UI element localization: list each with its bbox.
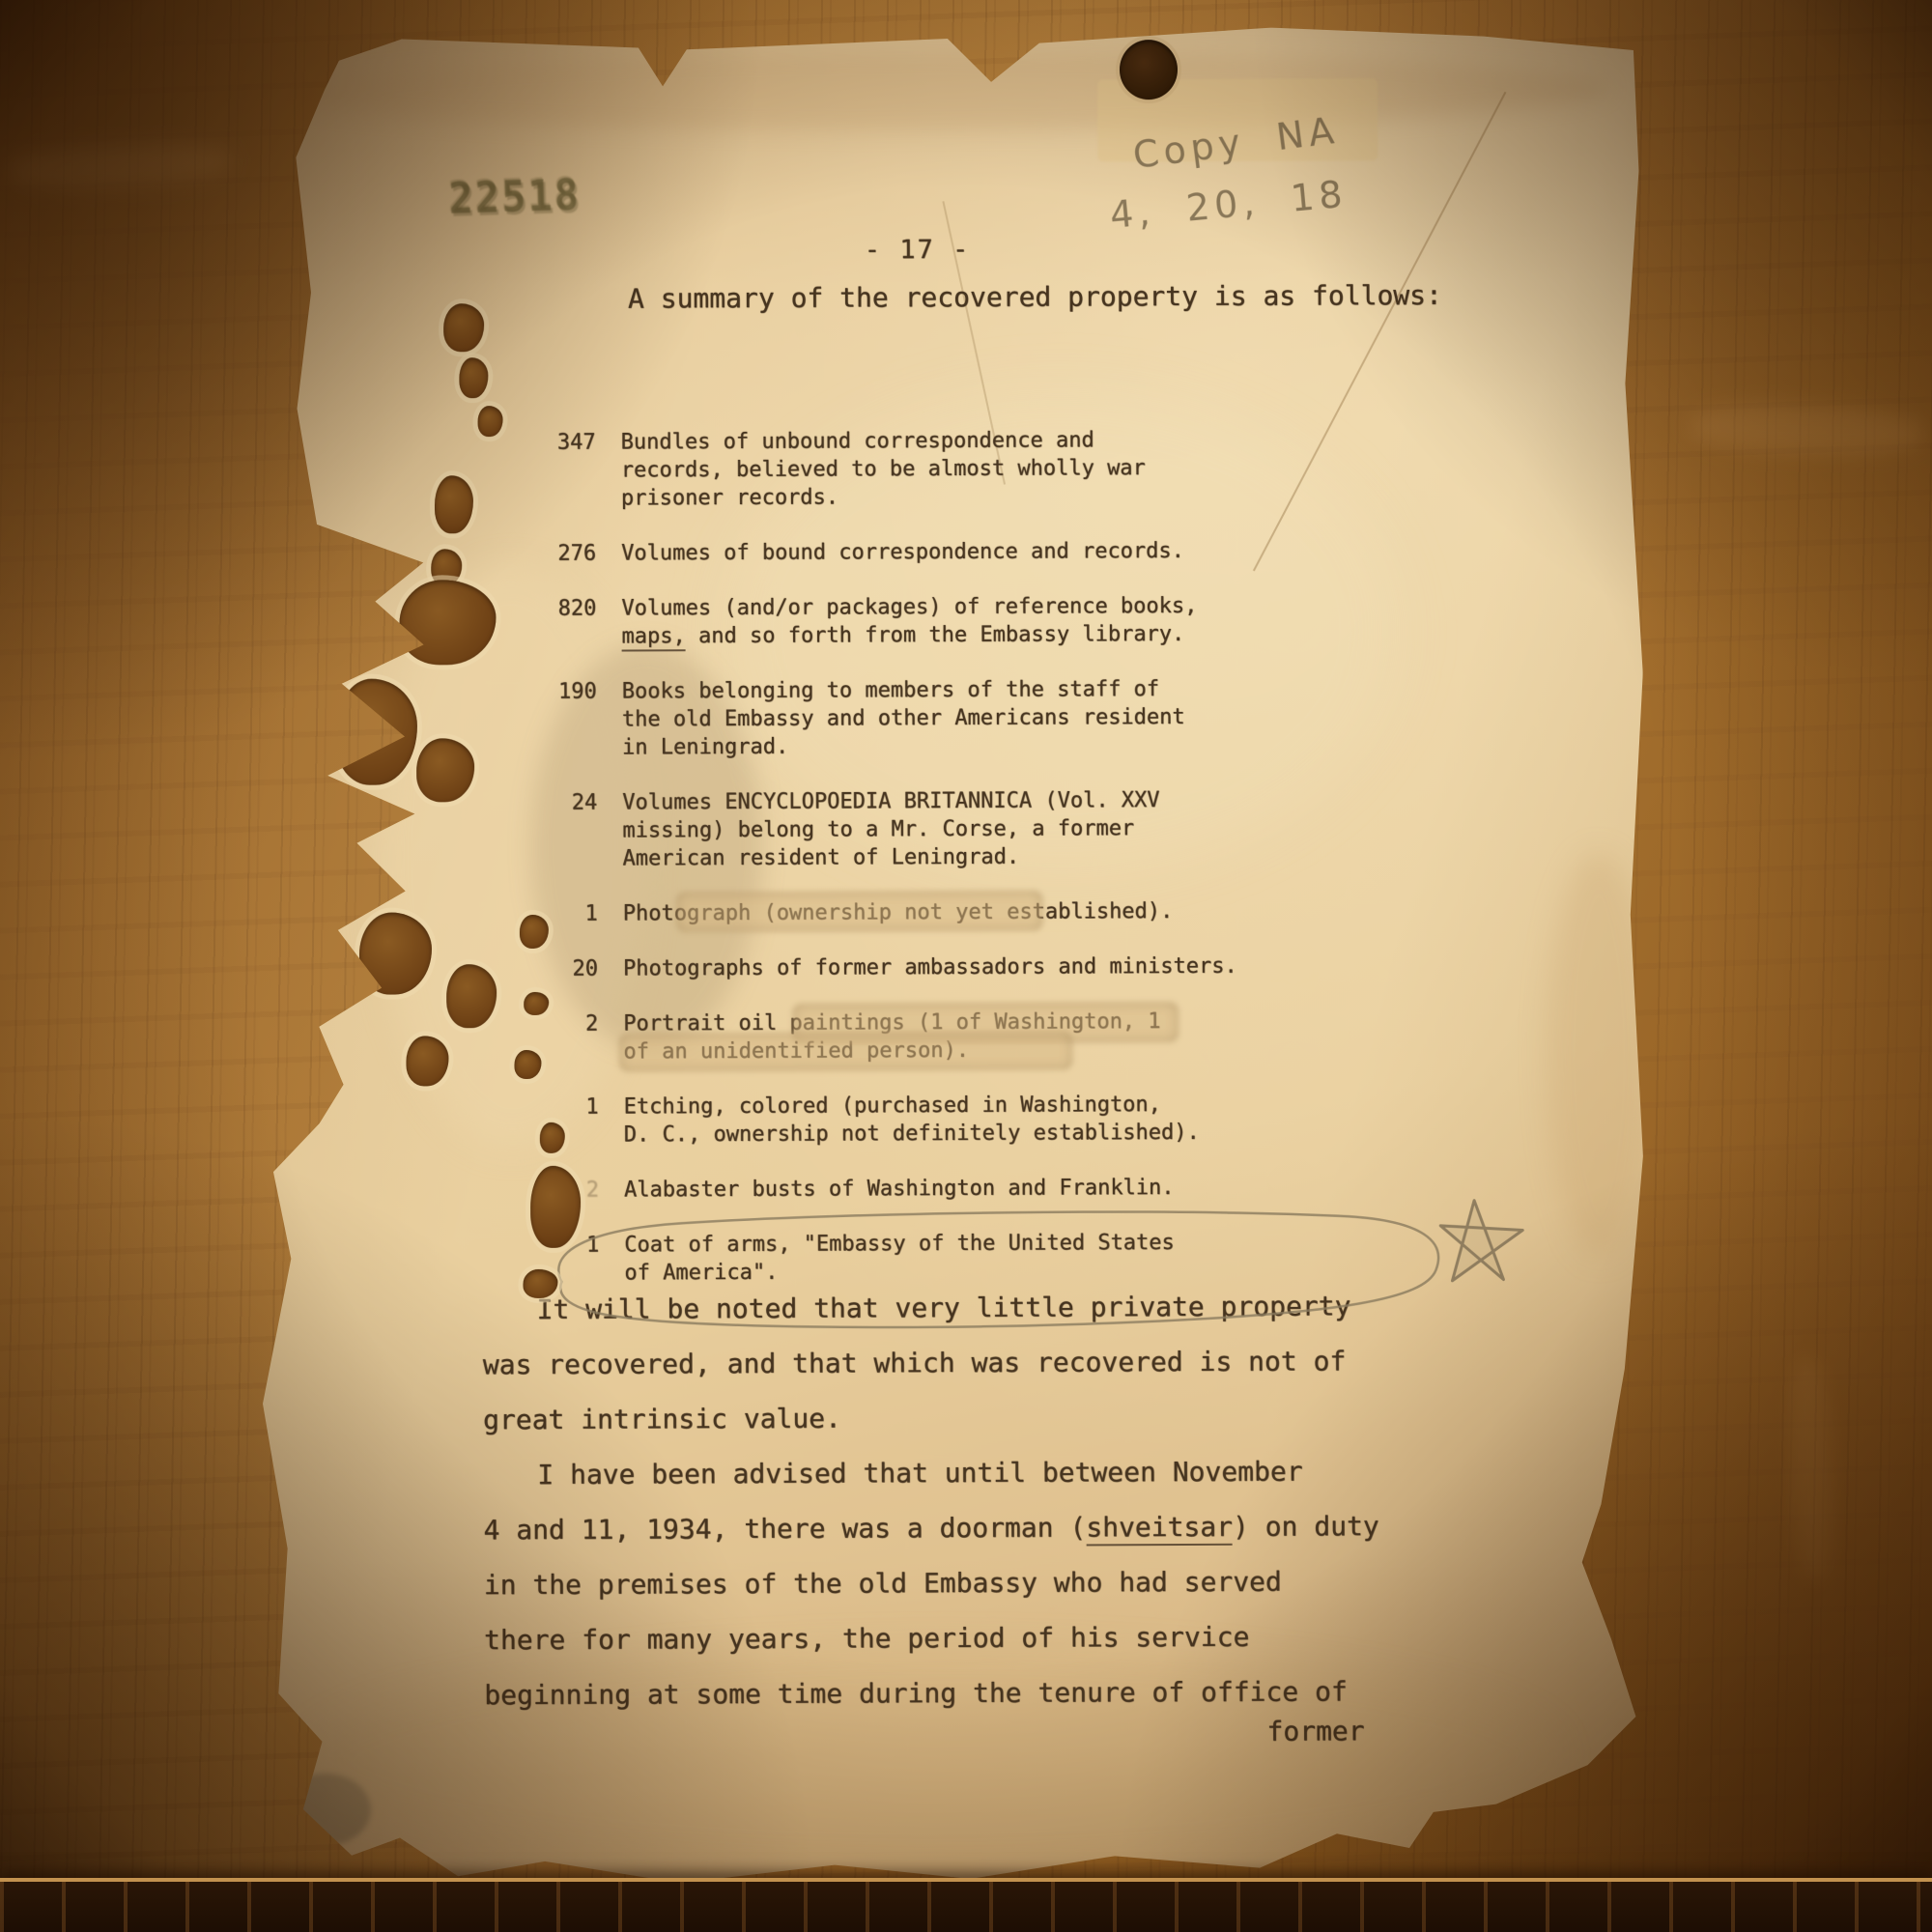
wood-plank-edge bbox=[0, 1878, 1932, 1932]
text-segment: Portrait oil paintings (1 of Washington,… bbox=[623, 1009, 1160, 1036]
typewritten-text-layer: 22518 Copy NA 4, 20, 18 - 17 - A summary… bbox=[238, 21, 1685, 1896]
item-text-line: in Leningrad. bbox=[622, 731, 1185, 762]
item-text-line: American resident of Leningrad. bbox=[622, 842, 1159, 872]
wood-grain-streak bbox=[9, 139, 233, 193]
list-item: 347Bundles of unbound correspondence and… bbox=[554, 425, 1442, 513]
text-segment: ) on duty bbox=[1233, 1510, 1379, 1543]
list-item: 276Volumes of bound correspondence and r… bbox=[554, 536, 1442, 568]
item-text: Etching, colored (purchased in Washingto… bbox=[624, 1091, 1200, 1150]
item-text-line: Etching, colored (purchased in Washingto… bbox=[624, 1091, 1200, 1122]
item-text-line: maps, and so forth from the Embassy libr… bbox=[621, 620, 1197, 651]
text-segment: Alabaster busts of Washington and Frankl… bbox=[624, 1176, 1175, 1202]
item-text-line: of an unidentified person). bbox=[623, 1036, 1160, 1065]
list-item: 24Volumes ENCYCLOPOEDIA BRITANNICA (Vol.… bbox=[554, 785, 1443, 873]
item-text: Volumes of bound correspondence and reco… bbox=[621, 537, 1184, 568]
text-segment: missing) belong to a Mr. Corse, a former bbox=[622, 816, 1134, 842]
text-segment: in Leningrad. bbox=[622, 735, 788, 760]
item-text: Photographs of former ambassadors and mi… bbox=[623, 952, 1237, 983]
item-text: Books belonging to members of the staff … bbox=[622, 675, 1185, 762]
item-quantity: 276 bbox=[554, 540, 596, 568]
item-text-line: Alabaster busts of Washington and Frankl… bbox=[624, 1174, 1175, 1204]
list-item: 2Portrait oil paintings (1 of Washington… bbox=[555, 1007, 1444, 1066]
item-quantity: 2 bbox=[555, 1010, 598, 1066]
underlined-word: shveitsar bbox=[1086, 1511, 1233, 1547]
text-segment: of an unidentified person). bbox=[623, 1038, 969, 1065]
item-text-line: prisoner records. bbox=[621, 482, 1146, 512]
body-paragraphs: It will be noted that very little privat… bbox=[482, 1277, 1566, 1722]
catchword: former bbox=[1266, 1715, 1364, 1747]
text-segment: Volumes (and/or packages) of reference b… bbox=[621, 594, 1197, 621]
wood-grain-streak bbox=[1690, 402, 1923, 458]
stamp-number: 22518 bbox=[448, 170, 582, 224]
text-segment: American resident of Leningrad. bbox=[622, 845, 1019, 871]
item-text: Volumes (and/or packages) of reference b… bbox=[621, 592, 1197, 651]
text-segment: in the premises of the old Embassy who h… bbox=[484, 1566, 1282, 1602]
item-text: Portrait oil paintings (1 of Washington,… bbox=[623, 1008, 1161, 1065]
paragraph-line: I have been advised that until between N… bbox=[483, 1442, 1565, 1502]
text-segment: It will be noted that very little privat… bbox=[537, 1290, 1351, 1325]
text-segment: Coat of arms, "Embassy of the United Sta… bbox=[624, 1231, 1175, 1257]
paragraph-line: there for many years, the period of his … bbox=[484, 1607, 1566, 1667]
text-segment: Volumes ENCYCLOPOEDIA BRITANNICA (Vol. X… bbox=[622, 788, 1159, 814]
text-segment: the old Embassy and other Americans resi… bbox=[622, 705, 1185, 732]
item-text-line: Coat of arms, "Embassy of the United Sta… bbox=[624, 1229, 1175, 1259]
item-text: Alabaster busts of Washington and Frankl… bbox=[624, 1174, 1175, 1204]
document-paper-sheet: 22518 Copy NA 4, 20, 18 - 17 - A summary… bbox=[238, 21, 1685, 1896]
item-text: Photograph (ownership not yet establishe… bbox=[623, 897, 1174, 927]
text-segment: Books belonging to members of the staff … bbox=[622, 677, 1159, 703]
intro-line: A summary of the recovered property is a… bbox=[628, 279, 1442, 315]
text-segment: prisoner records. bbox=[621, 486, 838, 511]
list-item: 190Books belonging to members of the sta… bbox=[554, 674, 1443, 762]
page-number: - 17 - bbox=[865, 235, 971, 265]
text-segment: Volumes of bound correspondence and reco… bbox=[621, 539, 1184, 566]
handwritten-copy-note: Copy NA bbox=[1130, 108, 1341, 177]
text-segment: and so forth from the Embassy library. bbox=[686, 622, 1185, 648]
punch-hole bbox=[1120, 40, 1178, 99]
wood-grain-streak bbox=[1788, 1356, 1834, 1579]
list-item: 2Alabaster busts of Washington and Frank… bbox=[556, 1173, 1445, 1205]
paragraph-line: It will be noted that very little privat… bbox=[482, 1277, 1564, 1337]
text-segment: records, believed to be almost wholly wa… bbox=[621, 456, 1146, 482]
item-quantity: 190 bbox=[554, 678, 597, 762]
item-quantity: 20 bbox=[555, 955, 598, 983]
paragraph-line: in the premises of the old Embassy who h… bbox=[484, 1552, 1566, 1612]
item-quantity: 347 bbox=[554, 429, 596, 513]
underlined-word: maps, bbox=[621, 624, 685, 651]
text-segment: I have been advised that until between N… bbox=[537, 1455, 1302, 1490]
text-segment: was recovered, and that which was recove… bbox=[483, 1345, 1347, 1380]
item-quantity: 820 bbox=[554, 595, 596, 651]
text-segment: beginning at some time during the tenure… bbox=[484, 1675, 1348, 1711]
text-segment: Photographs of former ambassadors and mi… bbox=[623, 954, 1237, 981]
item-text-line: Volumes ENCYCLOPOEDIA BRITANNICA (Vol. X… bbox=[622, 786, 1159, 816]
item-text: Bundles of unbound correspondence andrec… bbox=[621, 426, 1146, 512]
item-quantity: 24 bbox=[554, 789, 597, 873]
paragraph-line: was recovered, and that which was recove… bbox=[483, 1332, 1565, 1392]
text-segment: there for many years, the period of his … bbox=[484, 1621, 1249, 1656]
inventory-list: 347Bundles of unbound correspondence and… bbox=[554, 425, 1446, 1315]
item-text-line: missing) belong to a Mr. Corse, a former bbox=[622, 814, 1159, 844]
item-text-line: Volumes of bound correspondence and reco… bbox=[621, 537, 1184, 568]
item-text-line: Volumes (and/or packages) of reference b… bbox=[621, 592, 1197, 623]
text-segment: Bundles of unbound correspondence and bbox=[621, 428, 1094, 454]
text-segment: Photograph (ownership not yet establishe… bbox=[623, 899, 1174, 925]
list-item: 1Photograph (ownership not yet establish… bbox=[555, 896, 1444, 928]
item-text-line: Books belonging to members of the staff … bbox=[622, 675, 1185, 706]
paragraph-line: 4 and 11, 1934, there was a doorman (shv… bbox=[483, 1497, 1565, 1557]
text-segment: 4 and 11, 1934, there was a doorman ( bbox=[484, 1511, 1087, 1546]
item-text-line: Photographs of former ambassadors and mi… bbox=[623, 952, 1237, 983]
paragraph-line: great intrinsic value. bbox=[483, 1387, 1565, 1447]
list-item: 820Volumes (and/or packages) of referenc… bbox=[554, 591, 1442, 651]
item-quantity: 1 bbox=[555, 900, 598, 928]
item-text-line: the old Embassy and other Americans resi… bbox=[622, 703, 1185, 734]
paragraph-line: beginning at some time during the tenure… bbox=[484, 1662, 1566, 1722]
list-item: 1Etching, colored (purchased in Washingt… bbox=[556, 1090, 1445, 1150]
item-text-line: Bundles of unbound correspondence and bbox=[621, 426, 1146, 456]
item-text-line: records, believed to be almost wholly wa… bbox=[621, 454, 1146, 484]
text-segment: Etching, colored (purchased in Washingto… bbox=[624, 1093, 1161, 1119]
text-segment: great intrinsic value. bbox=[483, 1403, 841, 1436]
text-segment: D. C., ownership not definitely establis… bbox=[624, 1121, 1200, 1148]
item-text-line: D. C., ownership not definitely establis… bbox=[624, 1119, 1200, 1150]
item-text-line: Photograph (ownership not yet establishe… bbox=[623, 897, 1174, 927]
handwritten-date-note: 4, 20, 18 bbox=[1108, 173, 1349, 237]
item-text-line: Portrait oil paintings (1 of Washington,… bbox=[623, 1008, 1160, 1037]
item-text: Volumes ENCYCLOPOEDIA BRITANNICA (Vol. X… bbox=[622, 786, 1160, 872]
list-item: 20Photographs of former ambassadors and … bbox=[555, 952, 1444, 983]
